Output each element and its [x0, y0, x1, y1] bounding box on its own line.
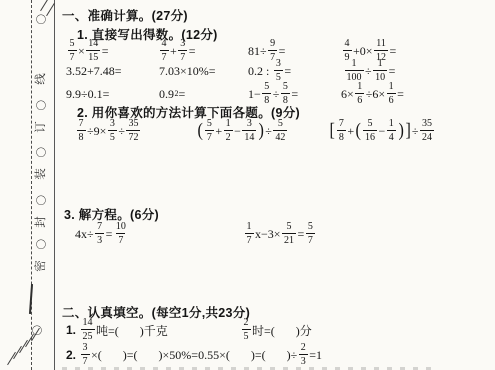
- seal-circle: 〇: [34, 193, 48, 208]
- seal-dashed-line: [31, 0, 32, 370]
- cutoff-text-fragment: [62, 367, 437, 370]
- seal-circle: 〇: [34, 98, 48, 113]
- equation: 17x−3×521=57: [243, 219, 316, 249]
- seal-char-mi: 密: [34, 258, 48, 274]
- slash-mark-bottom: [7, 352, 16, 365]
- seal-circle: 〇: [34, 145, 48, 160]
- fill-blank-expression: 1425吨=()千克: [79, 318, 168, 342]
- circle-mark-top: 〇: [34, 12, 48, 27]
- fill-item-1-right: 25时=()分: [240, 317, 312, 343]
- math-expression: 78÷9×35÷3572: [75, 116, 142, 146]
- math-problem: 6×16÷6×16=: [341, 81, 404, 107]
- math-problem: 3.52+7.48=: [66, 59, 122, 83]
- slash-mark-top: [40, 0, 49, 11]
- fill-item-2: 2. 37×()=()×50%=0.55×()=()÷23=1: [66, 342, 322, 368]
- fill-blank-expression: 37×()=()×50%=0.55×()=()÷23=1: [79, 343, 322, 367]
- item-number: 2.: [66, 348, 76, 362]
- math-problem: 0.2 : 35=: [248, 59, 291, 83]
- seal-char-xian: 线: [34, 71, 48, 87]
- dash-mark-bottom: [29, 284, 33, 314]
- seal-char-feng: 封: [34, 214, 48, 230]
- math-expression: [78+(516−14)]÷3524: [328, 116, 435, 146]
- math-expression: (57+12−314)÷542: [196, 116, 289, 146]
- exam-paper: 〇 线 〇 订 〇 装 〇 封 〇 密 〇 一、准确计算。(27分) 1. 直接…: [0, 0, 495, 370]
- seal-circle: 〇: [34, 237, 48, 252]
- seal-char-zhuang: 装: [34, 166, 48, 182]
- item-number: 1.: [66, 323, 76, 337]
- equation: 4x÷73=107: [75, 219, 129, 249]
- math-problem: 1100÷110=: [343, 59, 395, 83]
- fill-item-1-left: 1. 1425吨=()千克: [66, 317, 168, 343]
- margin-boundary-line: [54, 0, 55, 370]
- section1-title: 一、准确计算。(27分): [62, 6, 188, 24]
- seal-char-ding: 订: [34, 119, 48, 135]
- math-problem: 7.03×10%=: [159, 59, 216, 83]
